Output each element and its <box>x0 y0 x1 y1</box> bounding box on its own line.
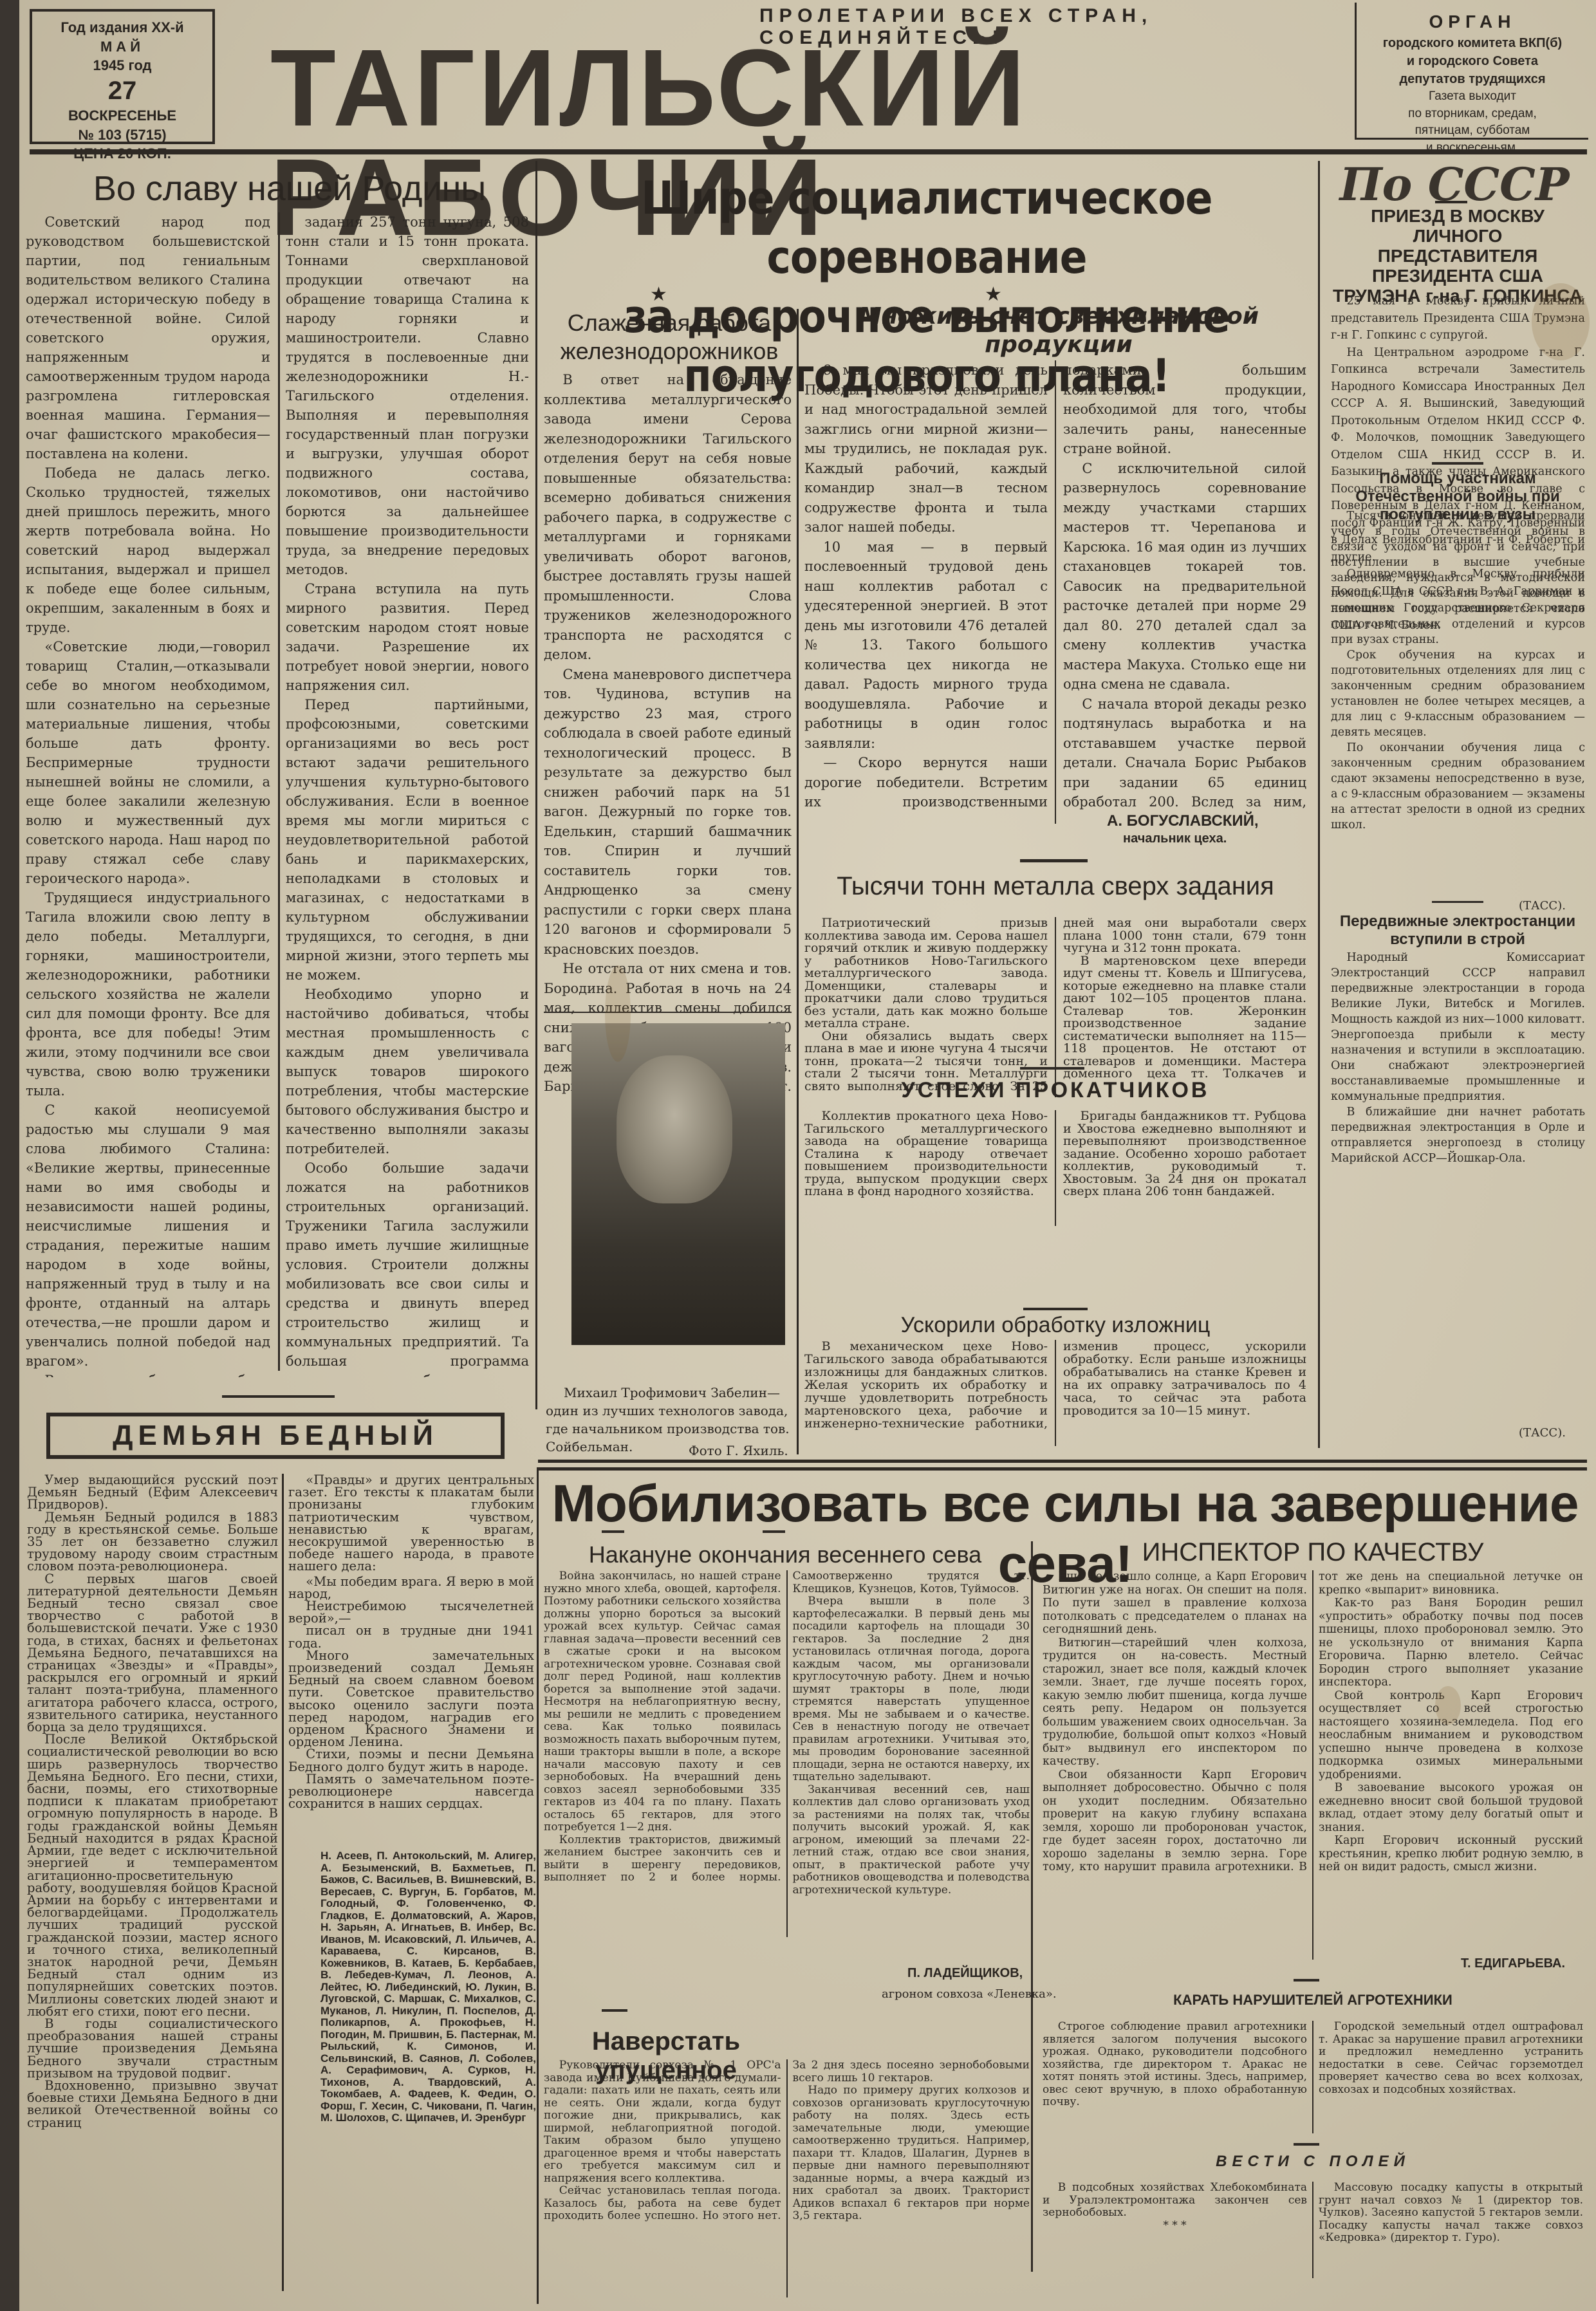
ornament-divider <box>222 1395 335 1398</box>
year-of-publication: Год издания XX-й <box>32 18 212 37</box>
obituary-title-box: ДЕМЬЯН БЕДНЫЙ <box>46 1413 505 1459</box>
production-text: 9 мая мы праздновали день Победы. Чтобы … <box>804 360 1306 824</box>
divider <box>1435 201 1467 203</box>
railway-headline: Слаженная работа железнодорожников <box>544 309 795 366</box>
schedule-line: Газета выходит <box>1357 88 1588 106</box>
column-rule <box>797 309 799 1454</box>
column-rule <box>278 212 280 1371</box>
news-text: В подсобных хозяйствах Хлебокомбината и … <box>1043 2182 1583 2278</box>
divider <box>763 1530 785 1533</box>
column-rule <box>1318 161 1320 1448</box>
railway-text: В ответ на обращение коллектива металлур… <box>544 370 792 1097</box>
divider <box>1432 462 1483 465</box>
power-source: (ТАСС). <box>1519 1424 1566 1443</box>
issue-month: МАЙ <box>32 37 212 57</box>
obituary-col1: Умер выдающийся русский поэт Демьян Бедн… <box>27 1474 278 2291</box>
schedule-line: по вторникам, средам, <box>1357 106 1588 123</box>
divider <box>602 1530 624 1533</box>
editorial-col1: Советский народ под руководством большев… <box>26 212 270 1377</box>
obituary-headline: ДЕМЬЯН БЕДНЫЙ <box>113 1420 438 1451</box>
catchup-text: Руководители совхоза № 1 ОРС'а завода им… <box>544 2059 1030 2297</box>
power-text: Народный Комиссариат Электростанций СССР… <box>1331 950 1585 1166</box>
paper-stain <box>605 965 631 1062</box>
paper-stain <box>1435 1686 1461 1725</box>
section-rule <box>538 1460 1587 1463</box>
organ-line: депутатов трудящихся <box>1357 70 1588 88</box>
organ-line: городского комитета ВКП(б) <box>1357 34 1588 52</box>
paper-stain <box>1532 283 1590 360</box>
molds-headline: Ускорили обработку изложниц <box>804 1313 1306 1338</box>
page-binding-edge <box>0 0 19 2311</box>
obituary-signatories: Н. Асеев, П. Антокольский, М. Алигер, А.… <box>320 1850 536 2124</box>
issue-info-box: Год издания XX-й МАЙ 1945 год 27 ВОСКРЕС… <box>30 9 215 144</box>
column-rule <box>537 1467 539 2304</box>
issue-weekday: ВОСКРЕСЕНЬЕ <box>32 106 212 125</box>
inspector-signature: Т. ЕДИГАРЬЕВА. <box>1461 1956 1565 1971</box>
eve-signature-title: агроном совхоза «Леневка». <box>882 1985 1057 2003</box>
metal-text: Патриотический призыв коллектива завода … <box>804 917 1306 1097</box>
divider <box>1020 859 1088 862</box>
eve-text: Война закончилась, но нашей стране нужно… <box>544 1570 1030 1937</box>
production-signature-title: начальник цеха. <box>1123 831 1227 846</box>
power-headline: Передвижные электростанции вступили в ст… <box>1329 913 1586 949</box>
masthead-rule <box>30 149 1587 154</box>
divider <box>1294 2143 1319 2146</box>
section-rule <box>538 1467 1587 1471</box>
column-rule <box>1031 1541 1033 2272</box>
veterans-text: Тысячи юношей и девушек прервали учебу в… <box>1331 508 1585 833</box>
column-rule <box>535 161 537 1409</box>
editorial-headline: Во славу нашей Родины <box>45 169 534 209</box>
portrait-photo <box>571 1023 785 1345</box>
inspector-text: Еще не взошло солнце, а Карп Егорович Ви… <box>1043 1570 1583 1960</box>
star-icon: ★ <box>650 283 667 306</box>
news-headline: ВЕСТИ С ПОЛЕЙ <box>1043 2153 1583 2171</box>
rollers-headline: УСПЕХИ ПРОКАТЧИКОВ <box>804 1078 1306 1103</box>
organ-label: ОРГАН <box>1357 9 1588 34</box>
inspector-headline: ИНСПЕКТОР ПО КАЧЕСТВУ <box>1043 1538 1583 1567</box>
issue-year: 1945 год <box>32 56 212 75</box>
divider <box>1294 1979 1319 1982</box>
editorial-col2: задания 257 тонн чугуна, 508 тонн стали … <box>286 212 529 1377</box>
punish-text: Строгое соблюдение правил агротехники яв… <box>1043 2021 1583 2133</box>
photo-credit: Фото Г. Яхиль. <box>689 1442 798 1460</box>
punish-headline: КАРАТЬ НАРУШИТЕЛЕЙ АГРОТЕХНИКИ <box>1043 1992 1583 2009</box>
divider <box>1023 1308 1088 1310</box>
divider <box>602 2009 627 2012</box>
newspaper-page: Год издания XX-й МАЙ 1945 год 27 ВОСКРЕС… <box>0 0 1596 2311</box>
production-signature: А. БОГУСЛАВСКИЙ, <box>1107 812 1259 830</box>
divider <box>544 1012 792 1013</box>
rollers-text: Коллектив прокатного цеха Ново-Тагильско… <box>804 1110 1306 1226</box>
divider <box>1432 901 1483 903</box>
issue-day: 27 <box>32 75 212 106</box>
schedule-line: пятницам, субботам <box>1357 122 1588 140</box>
publisher-box: ОРГАН городского комитета ВКП(б) и город… <box>1355 3 1588 140</box>
molds-text: В механическом цехе Ново-Тагильского зав… <box>804 1340 1306 1446</box>
issue-number: № 103 (5715) <box>32 125 212 145</box>
eve-signature: П. ЛАДЕЙЩИКОВ, <box>907 1966 1023 1981</box>
obituary-col2: «Правды» и других центральных газет. Его… <box>288 1474 534 1810</box>
column-rule <box>282 1474 284 2291</box>
divider <box>1020 1067 1084 1070</box>
metal-headline: Тысячи тонн металла сверх задания <box>804 872 1306 901</box>
production-headline: Множить счет сверхплановой продукции <box>811 302 1306 359</box>
organ-line: и городского Совета <box>1357 52 1588 70</box>
eve-headline: Накануне окончания весеннего сева <box>544 1541 1026 1568</box>
portrait-face <box>617 1055 732 1203</box>
